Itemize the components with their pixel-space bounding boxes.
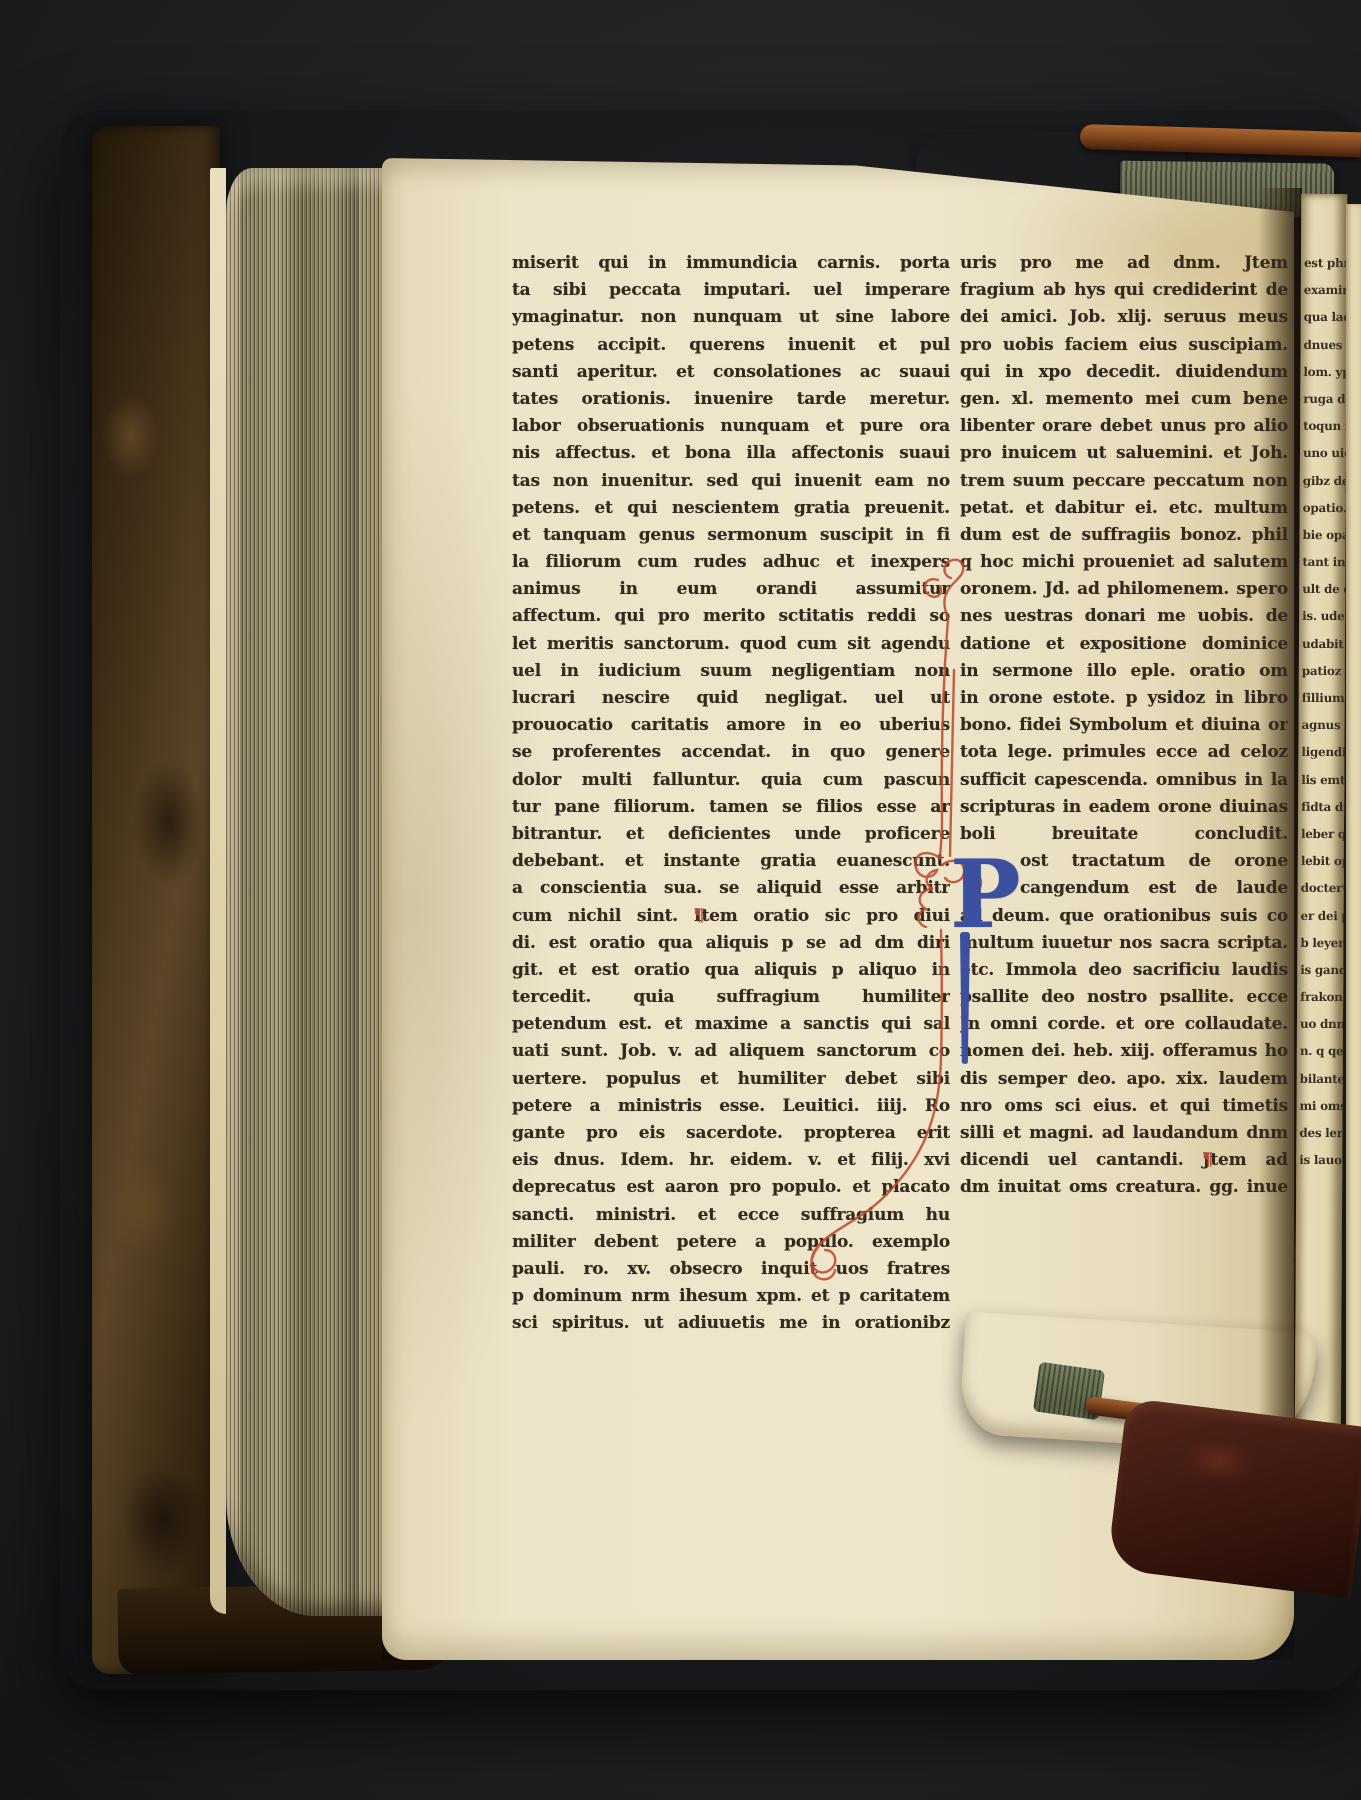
manuscript-line: ta sibi peccata imputari. uel imperare (512, 277, 950, 304)
manuscript-line: petens accipit. querens inuenit et pul (512, 332, 950, 359)
manuscript-line: n. q qeu b (1297, 1038, 1343, 1065)
manuscript-line: ymaginatur. non nunquam ut sine labore (512, 304, 950, 331)
leather-cover-board (92, 126, 220, 1674)
manuscript-line: b leyemt o (1297, 930, 1343, 957)
manuscript-line: ruga deno (1300, 386, 1346, 413)
manuscript-line: qua lacem (1301, 304, 1347, 331)
initial-letter: P (950, 848, 1021, 942)
manuscript-line: tant in ha (1299, 549, 1345, 576)
manuscript-line: bie opatio (1299, 522, 1345, 549)
manuscript-line: er dei pol (1297, 902, 1343, 929)
manuscript-line: docterta o (1298, 875, 1344, 902)
manuscript-line: petat. et dabitur ei. etc. multum (960, 495, 1288, 522)
initial-descender-stem (960, 932, 970, 1064)
manuscript-line: est phmo o (1301, 250, 1347, 277)
manuscript-line: leber qdam (1298, 821, 1344, 848)
rubric-text: ¶ (1203, 1147, 1214, 1174)
manuscript-line: toqun nra (1300, 413, 1346, 440)
manuscript-line: bilanter s (1297, 1066, 1343, 1093)
manuscript-line: pro uobis faciem eius suscipiam. (960, 332, 1288, 359)
manuscript-line: mi oms dz (1296, 1093, 1342, 1120)
manuscript-line: ligendi ho (1298, 739, 1344, 766)
manuscript-line: fidta dz s (1298, 794, 1344, 821)
manuscript-line: lis emt in (1298, 766, 1344, 793)
manuscript-line: is gande o (1297, 957, 1343, 984)
first-leaf-edge (210, 168, 226, 1614)
manuscript-line: tas non inuenitur. sed qui inuenit eam n… (512, 468, 950, 495)
manuscript-line: udabit in (1299, 631, 1345, 658)
manuscript-line: qui in xpo decedit. diuidendum est (960, 359, 1288, 386)
manuscript-line: lom. ypo (1300, 359, 1346, 386)
fore-edge-leaf (1346, 204, 1361, 1462)
manuscript-line: tates orationis. inuenire tarde meretur. (512, 386, 950, 413)
manuscript-line: frakones u (1297, 984, 1343, 1011)
manuscript-line: libenter orare debet unus pro alio (960, 413, 1288, 440)
manuscript-line: gibz der o (1300, 467, 1346, 494)
manuscript-line: dei amici. Job. xlij. seruus meus (960, 304, 1288, 331)
manuscript-line: labor obseruationis nunquam et pure ora (512, 413, 950, 440)
manuscript-line: is lauo en (1296, 1147, 1342, 1174)
manuscript-line: gen. xl. memento mei cum bene tibi (960, 386, 1288, 413)
manuscript-line: patioz et (1299, 658, 1345, 685)
manuscript-line: is. ude m (1299, 603, 1345, 630)
manuscript-line: pro inuicem ut saluemini. et Joh. (960, 440, 1288, 467)
manuscript-photo: { "scene": { "subject": "open medieval m… (0, 0, 1361, 1800)
manuscript-line: miserit qui in immundicia carnis. porta (512, 250, 950, 277)
manuscript-line: nis affectus. et bona illa affectonis su… (512, 440, 950, 467)
manuscript-line: petens. et qui nescientem gratia preueni… (512, 495, 950, 522)
manuscript-line: lebit opa (1298, 848, 1344, 875)
manuscript-line: trem suum peccare peccatum non ad (960, 468, 1288, 495)
manuscript-line: uo dnm oi (1297, 1011, 1343, 1038)
manuscript-line: examinet q (1301, 277, 1347, 304)
manuscript-line: uris pro me ad dnm. Jtem petendum (960, 250, 1288, 277)
manuscript-line: fragium ab hys qui crediderint de (960, 277, 1288, 304)
manuscript-line: opatio. ce (1300, 495, 1346, 522)
leather-back-board (1106, 1398, 1361, 1599)
manuscript-line: santi aperitur. et consolationes ac suau… (512, 359, 950, 386)
rubric-text: ¶ (694, 903, 705, 930)
fore-edge-leaf-with-text: est phmo oexaminet qqua lacemdnues eoslo… (1295, 194, 1348, 1466)
manuscript-line: ult de eoz (1299, 576, 1345, 603)
manuscript-line: agnus deo (1298, 712, 1344, 739)
illuminated-initial-p: P (950, 854, 1024, 1069)
manuscript-line: fillium no (1299, 685, 1345, 712)
manuscript-line: dnues eos (1300, 331, 1346, 358)
manuscript-line: uno uidit (1300, 440, 1346, 467)
manuscript-line: des lerui (1296, 1120, 1342, 1147)
